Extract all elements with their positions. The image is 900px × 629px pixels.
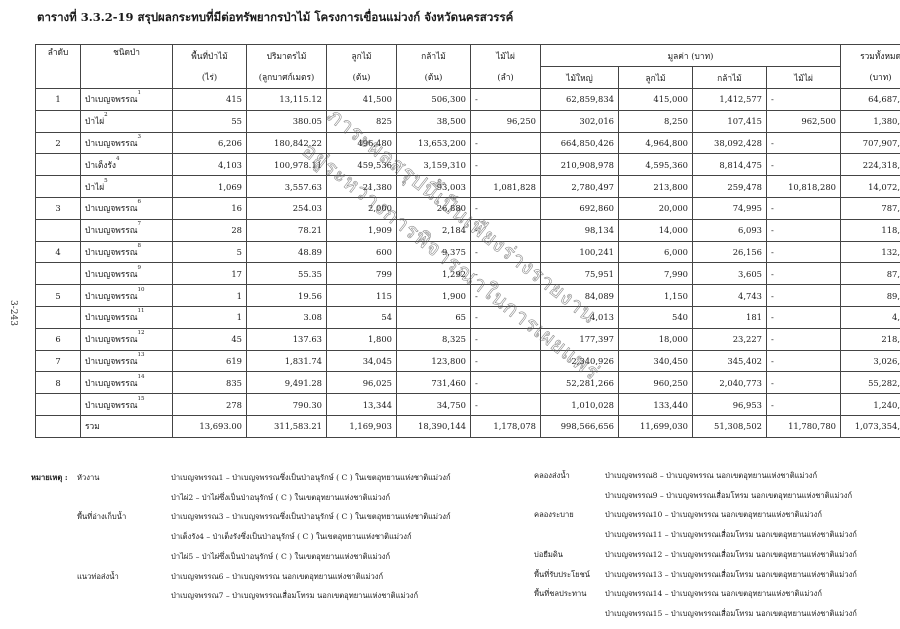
note-text: ป่าเบญจพรรณ10 – ป่าเบญจพรรณ นอกเขตอุทยาน… bbox=[605, 509, 822, 521]
note-text: ป่าเบญจพรรณ11 – ป่าเบญจพรรณเสื่อมโทรม นอ… bbox=[605, 529, 857, 541]
note-category: พื้นที่รับประโยชน์ bbox=[534, 569, 590, 581]
note-text: ป่าไผ่5 – ป่าไผ่ซึ่งเป็นป่าอนุรักษ์ ( C … bbox=[171, 551, 390, 563]
note-text: ป่าเบญจพรรณ7 – ป่าเบญจพรรณเสื่อมโทรม นอก… bbox=[171, 590, 418, 602]
note-text: ป่าเบญจพรรณ13 – ป่าเบญจพรรณเสื่อมโทรม นอ… bbox=[605, 569, 857, 581]
note-category: แนวท่อส่งน้ำ bbox=[77, 571, 119, 583]
note-text: ป่าเบญจพรรณ15 – ป่าเบญจพรรณเสื่อมโทรม นอ… bbox=[605, 608, 857, 620]
note-text: ป่าเบญจพรรณ6 – ป่าเบญจพรรณ นอกเขตอุทยานแ… bbox=[171, 571, 383, 583]
note-category: พื้นที่ชลประทาน bbox=[534, 588, 586, 600]
note-text: ป่าเบญจพรรณ8 – ป่าเบญจพรรณ นอกเขตอุทยานแ… bbox=[605, 470, 817, 482]
note-text: ป่าเบญจพรรณ9 – ป่าเบญจพรรณเสื่อมโทรม นอก… bbox=[605, 490, 852, 502]
notes-heading: หมายเหตุ : bbox=[31, 472, 68, 484]
note-category: คลองระบาย bbox=[534, 509, 574, 521]
note-text: ป่าไผ่2 – ป่าไผ่ซึ่งเป็นป่าอนุรักษ์ ( C … bbox=[171, 492, 390, 504]
note-text: ป่าเบญจพรรณ1 – ป่าเบญจพรรณซึ่งเป็นป่าอนุ… bbox=[171, 472, 451, 484]
note-text: ป่าเบญจพรรณ12 – ป่าเบญจพรรณเสื่อมโทรม นอ… bbox=[605, 549, 857, 561]
note-category: หัวงาน bbox=[77, 472, 99, 484]
note-text: ป่าเบญจพรรณ3 – ป่าเบญจพรรณซึ่งเป็นป่าอนุ… bbox=[171, 511, 451, 523]
note-category: บ่อยืมดิน bbox=[534, 549, 563, 561]
note-text: ป่าเต็งรัง4 – ป่าเต็งรังซึ่งเป็นป่าอนุรั… bbox=[171, 531, 412, 543]
note-category: พื้นที่อ่างเก็บน้ำ bbox=[77, 511, 126, 523]
notes-section: หมายเหตุ : หัวงานป่าเบญจพรรณ1 – ป่าเบญจพ… bbox=[0, 0, 900, 629]
note-text: ป่าเบญจพรรณ14 – ป่าเบญจพรรณ นอกเขตอุทยาน… bbox=[605, 588, 822, 600]
note-category: คลองส่งน้ำ bbox=[534, 470, 570, 482]
